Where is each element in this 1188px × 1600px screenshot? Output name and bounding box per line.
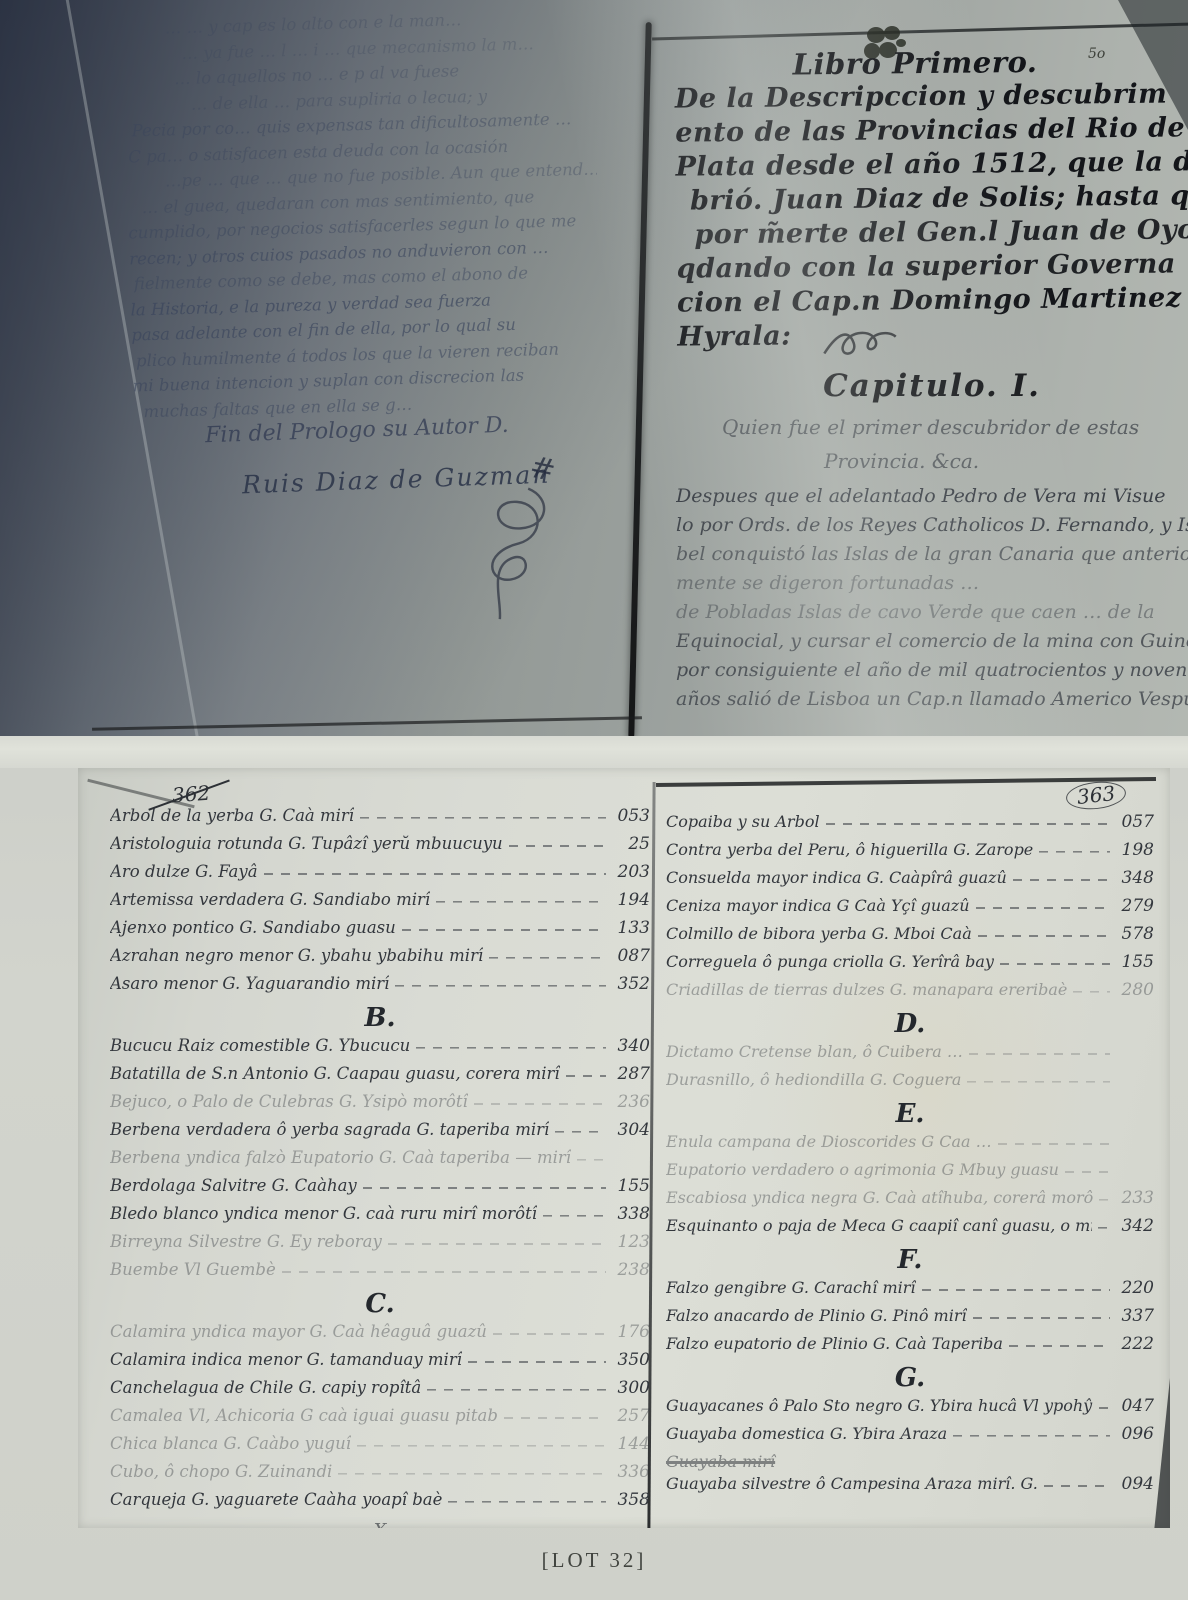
entry-name: Birreyna Silvestre G. Ey reboray (110, 1232, 382, 1251)
entry-name: Azrahan negro menor G. ybahu ybabihu mir… (110, 946, 483, 965)
entry-name: Guayacanes ô Palo Sto negro G. Ybira huc… (666, 1396, 1093, 1415)
index-entry: Eupatorio verdadero o agrimonia G Mbuy g… (666, 1160, 1154, 1188)
dotted-leader (543, 1212, 606, 1219)
dotted-leader (504, 1414, 606, 1421)
index-entry: Cubo, ô chopo G. Zuinandi336 (110, 1462, 650, 1490)
entry-page-number: 155 (612, 1176, 650, 1196)
dotted-leader (436, 898, 606, 905)
index-right-page: 363 Copaiba y su Arbol057Contra yerba de… (666, 782, 1154, 1502)
entry-name: Enula campana de Dioscorides G Caa … (666, 1132, 992, 1151)
dotted-leader (1039, 848, 1110, 855)
entry-name: Arbol de la yerba G. Caà mirî (110, 806, 354, 825)
entry-page-number: 338 (612, 1204, 650, 1224)
entry-page-number: 336 (612, 1462, 650, 1482)
index-entry: Berbena yndica falzò Eupatorio G. Caà ta… (110, 1148, 650, 1176)
folio-number-363: 363 (1065, 779, 1128, 812)
manuscript-photo: … … y cap es lo alto con e la man…… ya f… (0, 0, 1188, 736)
index-entry: Chica blanca G. Caàbo yuguî144 (110, 1434, 650, 1462)
dotted-leader (998, 1140, 1110, 1147)
entry-name: Berdolaga Salvitre G. Caàhay (110, 1176, 357, 1195)
struck-out-entry: Guayaba mirî (666, 1452, 1154, 1474)
dotted-leader (1065, 1168, 1110, 1175)
entry-name: Durasnillo, ô hediondilla G. Coguera (666, 1070, 961, 1089)
entry-page-number: 340 (612, 1036, 650, 1056)
entry-name: Falzo gengibre G. Carachî mirî (666, 1278, 916, 1297)
entry-page-number: 096 (1116, 1424, 1154, 1444)
dotted-leader (826, 820, 1110, 827)
entry-name: Asaro menor G. Yaguarandio mirî (110, 974, 389, 993)
index-entry: Colmillo de bibora yerba G. Mboi Caà578 (666, 924, 1154, 952)
entry-page-number: 348 (1116, 868, 1154, 888)
dotted-leader (357, 1442, 606, 1449)
index-entry: Durasnillo, ô hediondilla G. Coguera (666, 1070, 1154, 1098)
entry-page-number: 236 (612, 1092, 650, 1112)
dotted-leader (967, 1078, 1110, 1085)
index-sections-left: Arbol de la yerba G. Caà mirî053Aristolo… (110, 806, 650, 1518)
dotted-leader (555, 1128, 606, 1135)
index-entry: Falzo gengibre G. Carachî mirî220 (666, 1278, 1154, 1306)
dotted-leader (493, 1330, 606, 1337)
index-entry: Canchelagua de Chile G. capiy ropîtâ300 (110, 1378, 650, 1406)
index-section-letter: B. (110, 1002, 650, 1036)
index-entry: Ajenxo pontico G. Sandiabo guasu133 (110, 918, 650, 946)
index-entry: Azrahan negro menor G. ybahu ybabihu mir… (110, 946, 650, 974)
entry-name: Esquinanto o paja de Meca G caapiî canî … (666, 1216, 1092, 1235)
index-entry: Aristologuia rotunda G. Tupâzî yerŭ mbuu… (110, 834, 650, 862)
dotted-leader (1009, 1342, 1110, 1349)
entry-page-number: 144 (612, 1434, 650, 1454)
entry-name: Batatilla de S.n Antonio G. Caapau guasu… (110, 1064, 560, 1083)
index-entry: Esquinanto o paja de Meca G caapiî canî … (666, 1216, 1154, 1244)
dotted-leader (978, 932, 1110, 939)
auction-catalog-page: … … y cap es lo alto con e la man…… ya f… (0, 0, 1188, 1600)
dotted-leader (363, 1184, 606, 1191)
dotted-leader (976, 904, 1111, 911)
entry-name: Colmillo de bibora yerba G. Mboi Caà (666, 924, 972, 943)
entry-name: Falzo eupatorio de Plinio G. Caà Taperib… (666, 1334, 1003, 1353)
entry-page-number: 133 (612, 918, 650, 938)
entry-name: Escabiosa yndica negra G. Caà atîhuba, c… (666, 1188, 1093, 1207)
entry-page-number: 176 (612, 1322, 650, 1342)
entry-page-number: 155 (1116, 952, 1154, 972)
dotted-leader (338, 1470, 606, 1477)
dotted-leader (360, 814, 606, 821)
dotted-leader (1098, 1224, 1110, 1231)
entry-page-number: 287 (612, 1064, 650, 1084)
dotted-leader (566, 1072, 606, 1079)
index-entry: Buembe Vl Guembè238 (110, 1260, 650, 1288)
index-entry: Batatilla de S.n Antonio G. Caapau guasu… (110, 1064, 650, 1092)
index-section-letter: G. (666, 1362, 1154, 1396)
dotted-leader (1099, 1404, 1110, 1411)
index-entry: Calamira yndica mayor G. Caà hêaguâ guaz… (110, 1322, 650, 1350)
entry-page-number: 25 (612, 834, 650, 854)
dotted-leader (922, 1286, 1110, 1293)
index-entry: Criadillas de tierras dulzes G. manapara… (666, 980, 1154, 1008)
entry-name: Canchelagua de Chile G. capiy ropîtâ (110, 1378, 421, 1397)
index-entry: Birreyna Silvestre G. Ey reboray123 (110, 1232, 650, 1260)
entry-page-number: 222 (1116, 1334, 1154, 1354)
index-entry: Escabiosa yndica negra G. Caà atîhuba, c… (666, 1188, 1154, 1216)
dotted-leader (1000, 960, 1110, 967)
entry-name: Aro dulze G. Fayâ (110, 862, 258, 881)
entry-page-number: 047 (1116, 1396, 1154, 1416)
entry-page-number: 304 (612, 1120, 650, 1140)
entry-name: Dictamo Cretense blan, ô Cuibera … (666, 1042, 963, 1061)
entry-page-number: 238 (612, 1260, 650, 1280)
entry-name: Consuelda mayor indica G. Caàpîrâ guazû (666, 868, 1007, 887)
index-section-letter: D. (666, 1008, 1154, 1042)
entry-page-number: 203 (612, 862, 650, 882)
entry-page-number: 300 (612, 1378, 650, 1398)
entry-name: Calamira indica menor G. tamanduay mirî (110, 1350, 462, 1369)
entry-page-number: 087 (612, 946, 650, 966)
photo-glare-overlay (0, 0, 1188, 736)
entry-name: Buembe Vl Guembè (110, 1260, 276, 1279)
index-photo: 362 Arbol de la yerba G. Caà mirî053Aris… (78, 768, 1170, 1528)
entry-name: Chica blanca G. Caàbo yuguî (110, 1434, 351, 1453)
index-section-letter: E. (666, 1098, 1154, 1132)
index-entry: Guayaba silvestre ô Campesina Araza mirî… (666, 1474, 1154, 1502)
dotted-leader (489, 954, 606, 961)
entry-page-number: 342 (1116, 1216, 1154, 1236)
entry-page-number: 352 (612, 974, 650, 994)
dotted-leader (282, 1268, 606, 1275)
index-entry: Falzo anacardo de Plinio G. Pinô mirî337 (666, 1306, 1154, 1334)
index-entry: Contra yerba del Peru, ô higuerilla G. Z… (666, 840, 1154, 868)
entry-page-number: 233 (1116, 1188, 1154, 1208)
entry-name: Bucucu Raiz comestible G. Ybucucu (110, 1036, 410, 1055)
entry-page-number: 053 (612, 806, 650, 826)
index-section-letter: C. (110, 1288, 650, 1322)
entry-page-number: 123 (612, 1232, 650, 1252)
index-entry: Bucucu Raiz comestible G. Ybucucu340 (110, 1036, 650, 1064)
entry-name: Calamira yndica mayor G. Caà hêaguâ guaz… (110, 1322, 487, 1341)
entry-name: Berbena verdadera ô yerba sagrada G. tap… (110, 1120, 549, 1139)
index-left-page: 362 Arbol de la yerba G. Caà mirî053Aris… (110, 782, 650, 1528)
entry-name: Cubo, ô chopo G. Zuinandi (110, 1462, 332, 1481)
entry-name: Ceniza mayor indica G Caà Yçî guazû (666, 896, 970, 915)
entry-page-number: 578 (1116, 924, 1154, 944)
dotted-leader (577, 1156, 606, 1163)
index-entry: Enula campana de Dioscorides G Caa … (666, 1132, 1154, 1160)
entry-page-number: 280 (1116, 980, 1154, 1000)
index-entry: Aro dulze G. Fayâ203 (110, 862, 650, 890)
entry-name: Artemissa verdadera G. Sandiabo mirî (110, 890, 430, 909)
index-entry: Falzo eupatorio de Plinio G. Caà Taperib… (666, 1334, 1154, 1362)
index-entry: Bejuco, o Palo de Culebras G. Ysipò morô… (110, 1092, 650, 1120)
entry-name: Bledo blanco yndica menor G. caà ruru mi… (110, 1204, 537, 1223)
entry-name: Correguela ô punga criolla G. Yerîrâ bay (666, 952, 994, 971)
entry-name: Ajenxo pontico G. Sandiabo guasu (110, 918, 396, 937)
entry-name: Eupatorio verdadero o agrimonia G Mbuy g… (666, 1160, 1059, 1179)
index-entry: Correguela ô punga criolla G. Yerîrâ bay… (666, 952, 1154, 980)
entry-page-number: 057 (1116, 812, 1154, 832)
index-entry: Ceniza mayor indica G Caà Yçî guazû279 (666, 896, 1154, 924)
dotted-leader (402, 926, 606, 933)
index-entry: Camalea Vl, Achicoria G caà iguai guasu … (110, 1406, 650, 1434)
dotted-leader (1013, 876, 1110, 883)
entry-name: Bejuco, o Palo de Culebras G. Ysipò morô… (110, 1092, 468, 1111)
entry-name: Copaiba y su Arbol (666, 812, 820, 831)
entry-name: Falzo anacardo de Plinio G. Pinô mirî (666, 1306, 967, 1325)
index-sections-right: Copaiba y su Arbol057Contra yerba del Pe… (666, 812, 1154, 1502)
dotted-leader (1044, 1482, 1110, 1489)
dotted-leader (395, 982, 606, 989)
folio-row: 363 (666, 782, 1154, 812)
entry-name: Berbena yndica falzò Eupatorio G. Caà ta… (110, 1148, 571, 1167)
index-entry: Asaro menor G. Yaguarandio mirî352 (110, 974, 650, 1002)
entry-name: Guayaba domestica G. Ybira Araza (666, 1424, 947, 1443)
entry-name: Guayaba silvestre ô Campesina Araza mirî… (666, 1474, 1038, 1493)
folio-row: 362 (110, 782, 650, 806)
entry-name: Criadillas de tierras dulzes G. manapara… (666, 980, 1067, 999)
index-entry: Copaiba y su Arbol057 (666, 812, 1154, 840)
dotted-leader (264, 870, 606, 877)
index-entry: Guayaba domestica G. Ybira Araza096 (666, 1424, 1154, 1452)
index-entry: Arbol de la yerba G. Caà mirî053 (110, 806, 650, 834)
dotted-leader (953, 1432, 1110, 1439)
index-section-letter: F. (666, 1244, 1154, 1278)
dotted-leader (427, 1386, 606, 1393)
index-entry: Berdolaga Salvitre G. Caàhay155 (110, 1176, 650, 1204)
index-entry: Carqueja G. yaguarete Caàha yoapî baè358 (110, 1490, 650, 1518)
index-entry: Dictamo Cretense blan, ô Cuibera … (666, 1042, 1154, 1070)
entry-name: Carqueja G. yaguarete Caàha yoapî baè (110, 1490, 442, 1509)
entry-page-number: 350 (612, 1350, 650, 1370)
folio-number-362: 362 (171, 781, 211, 808)
entry-page-number: 094 (1116, 1474, 1154, 1494)
catalog-paper-band (0, 736, 1188, 768)
entry-page-number: 337 (1116, 1306, 1154, 1326)
index-entry: Berbena verdadera ô yerba sagrada G. tap… (110, 1120, 650, 1148)
dotted-leader (1073, 988, 1110, 995)
dotted-leader (973, 1314, 1110, 1321)
entry-page-number: 358 (612, 1490, 650, 1510)
entry-page-number: 220 (1116, 1278, 1154, 1298)
entry-page-number: 279 (1116, 896, 1154, 916)
dotted-leader (474, 1100, 606, 1107)
entry-page-number: 257 (612, 1406, 650, 1426)
dotted-leader (468, 1358, 606, 1365)
dotted-leader (1099, 1196, 1110, 1203)
dotted-leader (448, 1498, 606, 1505)
dotted-leader (509, 842, 606, 849)
index-entry: Calamira indica menor G. tamanduay mirî3… (110, 1350, 650, 1378)
dotted-leader (969, 1050, 1110, 1057)
entry-page-number: 198 (1116, 840, 1154, 860)
entry-name: Camalea Vl, Achicoria G caà iguai guasu … (110, 1406, 498, 1425)
entry-name: Contra yerba del Peru, ô higuerilla G. Z… (666, 840, 1033, 859)
lot-caption: [LOT 32] (0, 1548, 1188, 1573)
index-entry: Artemissa verdadera G. Sandiabo mirî194 (110, 890, 650, 918)
catchword-mark: X (110, 1520, 650, 1528)
entry-name: Aristologuia rotunda G. Tupâzî yerŭ mbuu… (110, 834, 503, 853)
index-entry: Guayacanes ô Palo Sto negro G. Ybira huc… (666, 1396, 1154, 1424)
index-entry: Bledo blanco yndica menor G. caà ruru mi… (110, 1204, 650, 1232)
dotted-leader (416, 1044, 606, 1051)
dotted-leader (388, 1240, 606, 1247)
index-entry: Consuelda mayor indica G. Caàpîrâ guazû3… (666, 868, 1154, 896)
entry-page-number: 194 (612, 890, 650, 910)
